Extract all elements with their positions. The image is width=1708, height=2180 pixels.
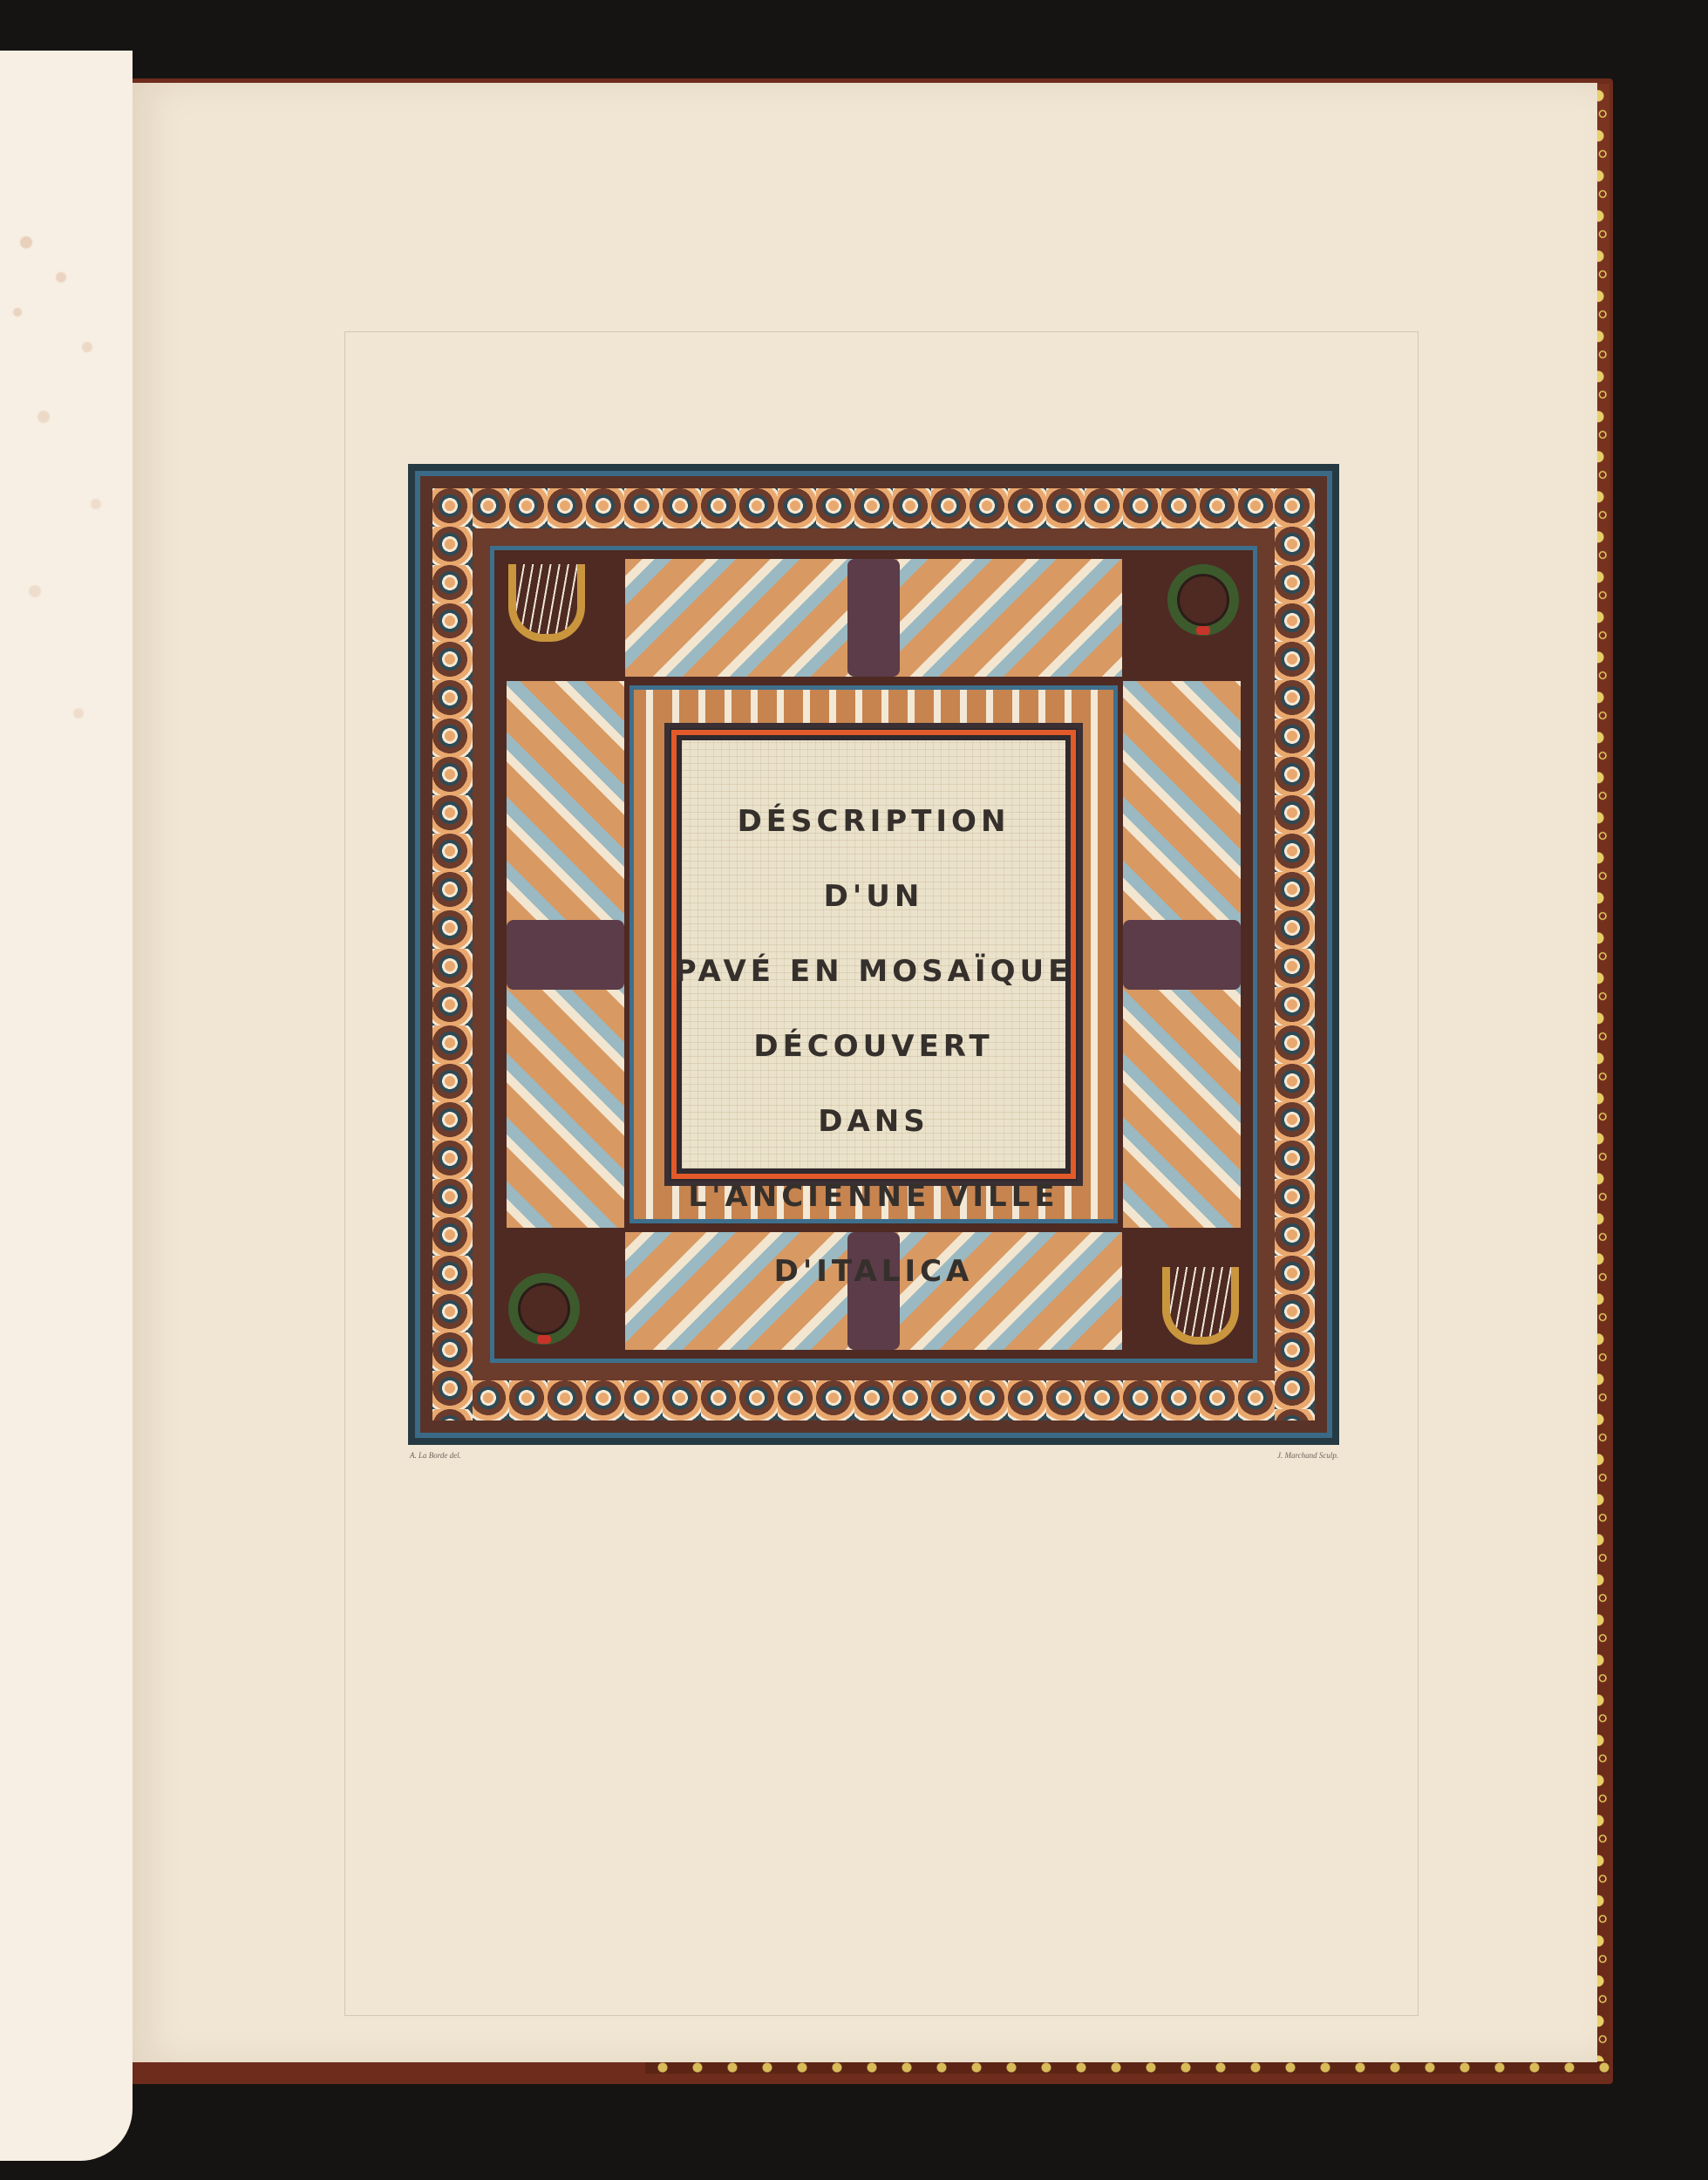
inscription-panel: DÉSCRIPTION D'UN PAVÉ EN MOSAÏQUE DÉCOUV… [682, 740, 1065, 1168]
guilloche-right [1275, 488, 1315, 1420]
lyre-icon [1162, 1267, 1239, 1345]
delineator-credit: A. La Borde del. [410, 1451, 461, 1460]
title-line-5: DANS [818, 1084, 929, 1159]
engraver-credit: J. Marchand Sculp. [1277, 1451, 1338, 1460]
ribbon-tie-icon [507, 920, 624, 990]
ribbon-tie-icon [847, 559, 900, 677]
guilloche-left [432, 488, 473, 1420]
guilloche-border: DÉSCRIPTION D'UN PAVÉ EN MOSAÏQUE DÉCOUV… [432, 488, 1315, 1420]
title-line-1: DÉSCRIPTION [738, 784, 1011, 859]
garland-frame: DÉSCRIPTION D'UN PAVÉ EN MOSAÏQUE DÉCOUV… [490, 546, 1257, 1363]
laurel-wreath-icon [1167, 564, 1239, 636]
lyre-icon [508, 564, 585, 642]
title-line-3: PAVÉ EN MOSAÏQUE [675, 934, 1073, 1009]
crenellated-border: DÉSCRIPTION D'UN PAVÉ EN MOSAÏQUE DÉCOUV… [629, 685, 1118, 1223]
title-line-6: L'ANCIENNE VILLE [688, 1159, 1058, 1234]
gilt-tooled-edge-bottom [645, 2061, 1609, 2074]
red-fillet-frame: DÉSCRIPTION D'UN PAVÉ EN MOSAÏQUE DÉCOUV… [664, 723, 1083, 1186]
left-page-foxed [0, 51, 133, 2161]
mosaic-plate: DÉSCRIPTION D'UN PAVÉ EN MOSAÏQUE DÉCOUV… [408, 464, 1339, 1445]
guilloche-top [432, 488, 1315, 528]
guilloche-bottom [432, 1380, 1315, 1420]
title-line-7: D'ITALICA [774, 1234, 974, 1309]
laurel-wreath-icon [508, 1273, 580, 1345]
title-line-2: D'UN [824, 859, 924, 934]
outer-border: DÉSCRIPTION D'UN PAVÉ EN MOSAÏQUE DÉCOUV… [415, 471, 1332, 1438]
ribbon-tie-icon [1123, 920, 1241, 990]
title-line-4: DÉCOUVERT [753, 1009, 993, 1084]
